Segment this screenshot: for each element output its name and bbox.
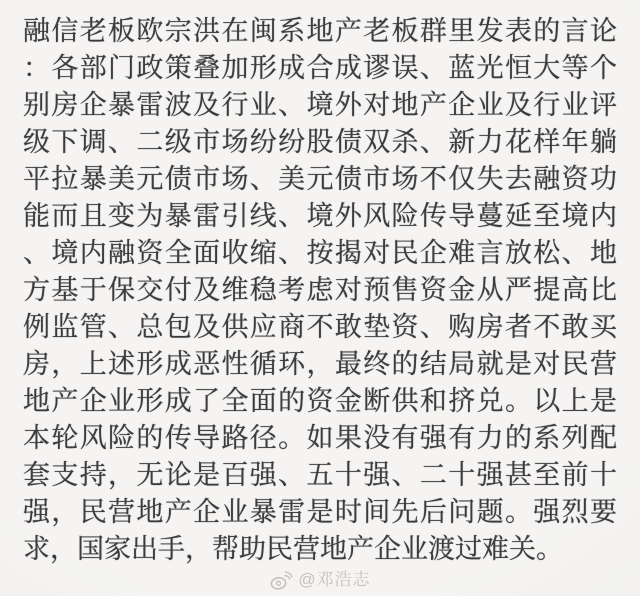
post-line: 套支持，无论是百强、五十强、二十强甚至前十	[23, 457, 617, 494]
post-line: 本轮风险的传导路径。如果没有强有力的系列配	[23, 420, 617, 457]
post-line: 方基于保交付及维稳考虑对预售资金从严提高比	[23, 272, 617, 309]
post-line: 求，国家出手，帮助民营地产企业渡过难关。	[23, 531, 617, 568]
post-line: 、境内融资全面收缩、按揭对民企难言放松、地	[23, 235, 617, 272]
post-line: 能而且变为暴雷引线、境外风险传导蔓延至境内	[23, 198, 617, 235]
post-text-block: 融信老板欧宗洪在闽系地产老板群里发表的言论 ：各部门政策叠加形成合成谬误、蓝光恒…	[23, 13, 617, 568]
watermark-handle: @邓浩志	[298, 570, 370, 590]
post-line: 级下调、二级市场纷纷股债双杀、新力花样年躺	[23, 124, 617, 161]
weibo-watermark: @邓浩志	[23, 569, 617, 591]
post-line: 地产企业形成了全面的资金断供和挤兑。以上是	[23, 383, 617, 420]
post-line: 别房企暴雷波及行业、境外对地产企业及行业评	[23, 87, 617, 124]
post-line: 房，上述形成恶性循环，最终的结局就是对民营	[23, 346, 617, 383]
post-line: 融信老板欧宗洪在闽系地产老板群里发表的言论	[23, 13, 617, 50]
post-image: 融信老板欧宗洪在闽系地产老板群里发表的言论 ：各部门政策叠加形成合成谬误、蓝光恒…	[0, 0, 640, 596]
weibo-icon	[268, 568, 295, 591]
post-line: 平拉暴美元债市场、美元债市场不仅失去融资功	[23, 161, 617, 198]
post-line: 强，民营地产企业暴雷是时间先后问题。强烈要	[23, 494, 617, 531]
post-line: 例监管、总包及供应商不敢垫资、购房者不敢买	[23, 309, 617, 346]
post-line: ：各部门政策叠加形成合成谬误、蓝光恒大等个	[23, 50, 617, 87]
